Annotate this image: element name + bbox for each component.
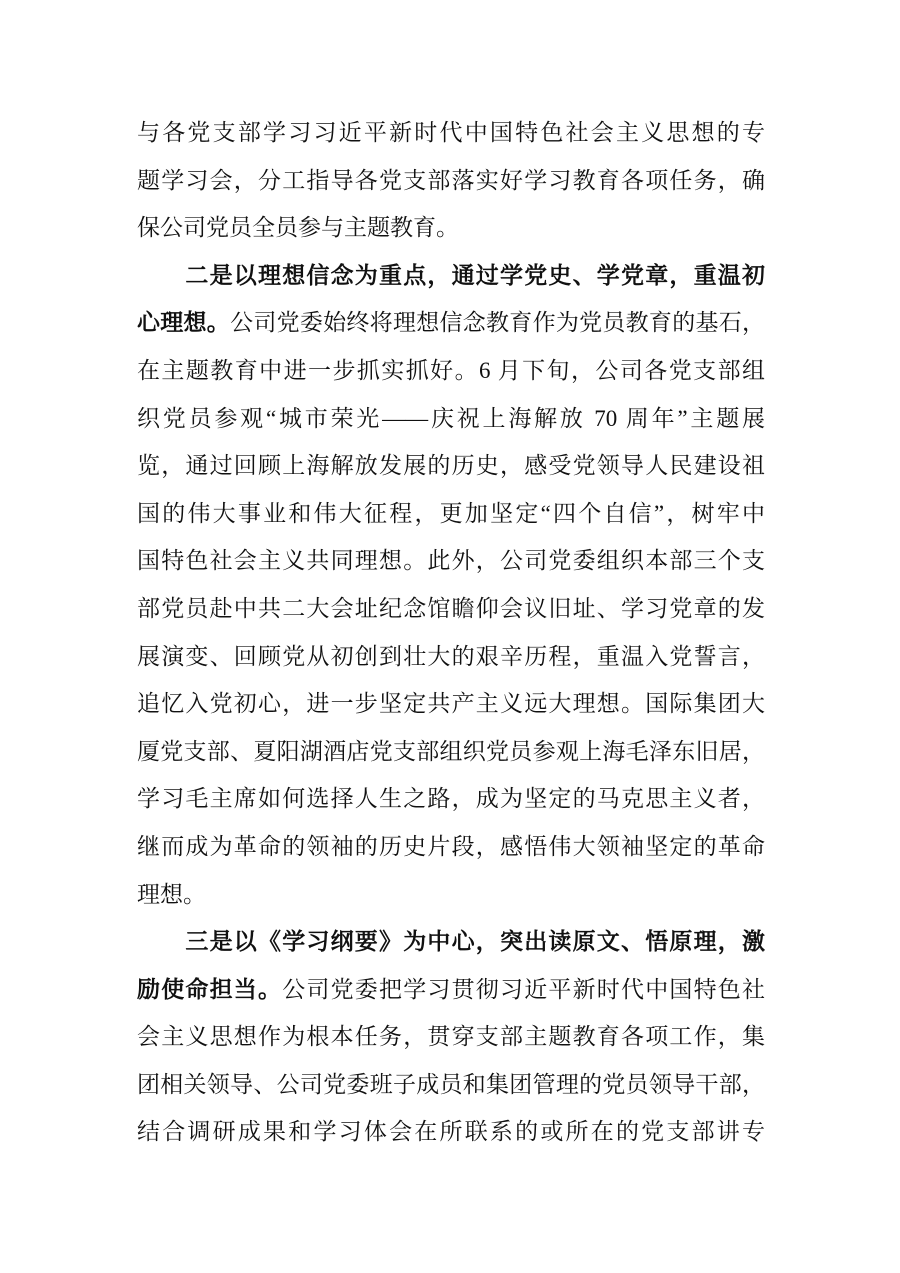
text-line-1: 与各党支部学习习近平新时代中国特色社会主义思想的专 [137, 109, 765, 157]
text-line-12: 展演变、回顾党从初创到壮大的艰辛历程，重温入党誓言， [137, 633, 765, 681]
line-bold-text: 三是以《学习纲要》为中心，突出读原文、悟原理，激 [137, 929, 765, 954]
text-line-2: 题学习会，分工指导各党支部落实好学习教育各项任务，确 [137, 157, 765, 205]
text-line-6: 在主题教育中进一步抓实抓好。6 月下旬，公司各党支部组 [137, 347, 765, 395]
line-regular-text: 结合调研成果和学习体会在所联系的或所在的党支部讲专 [137, 1119, 765, 1144]
text-line-18: 三是以《学习纲要》为中心，突出读原文、悟原理，激 [137, 918, 765, 966]
line-regular-text: 保公司党员全员参与主题教育。 [137, 215, 459, 240]
line-regular-text: 会主义思想作为根本任务，贯穿支部主题教育各项工作，集 [137, 1024, 765, 1049]
text-line-14: 厦党支部、夏阳湖酒店党支部组织党员参观上海毛泽东旧居， [137, 728, 765, 776]
text-line-10: 国特色社会主义共同理想。此外，公司党委组织本部三个支 [137, 537, 765, 585]
text-line-22: 结合调研成果和学习体会在所联系的或所在的党支部讲专 [137, 1108, 765, 1156]
text-line-5: 心理想。公司党委始终将理想信念教育作为党员教育的基石， [137, 299, 765, 347]
line-regular-text: 继而成为革命的领袖的历史片段，感悟伟大领袖坚定的革命 [137, 834, 765, 859]
line-regular-text: 团相关领导、公司党委班子成员和集团管理的党员领导干部， [137, 1072, 765, 1097]
line-regular-text: 公司党委把学习贯彻习近平新时代中国特色社 [282, 977, 765, 1002]
line-bold-text: 励使命担当。 [137, 977, 282, 1002]
text-line-20: 会主义思想作为根本任务，贯穿支部主题教育各项工作，集 [137, 1013, 765, 1061]
document-text-block: 与各党支部学习习近平新时代中国特色社会主义思想的专 题学习会，分工指导各党支部落… [137, 109, 765, 1156]
line-bold-text: 二是以理想信念为重点，通过学党史、学党章，重温初 [137, 263, 765, 288]
text-line-8: 览，通过回顾上海解放发展的历史，感受党领导人民建设祖 [137, 442, 765, 490]
text-line-17: 理想。 [137, 871, 765, 919]
document-page: 与各党支部学习习近平新时代中国特色社会主义思想的专 题学习会，分工指导各党支部落… [0, 0, 900, 1273]
line-regular-text: 在主题教育中进一步抓实抓好。6 月下旬，公司各党支部组 [137, 358, 765, 383]
text-line-13: 追忆入党初心，进一步坚定共产主义远大理想。国际集团大 [137, 680, 765, 728]
line-regular-text: 与各党支部学习习近平新时代中国特色社会主义思想的专 [137, 120, 765, 145]
line-bold-text: 心理想。 [137, 310, 230, 335]
text-line-9: 国的伟大事业和伟大征程，更加坚定“四个自信”，树牢中 [137, 490, 765, 538]
line-regular-text: 题学习会，分工指导各党支部落实好学习教育各项任务，确 [137, 168, 765, 193]
line-regular-text: 追忆入党初心，进一步坚定共产主义远大理想。国际集团大 [137, 691, 765, 716]
line-regular-text: 理想。 [137, 882, 206, 907]
line-regular-text: 国特色社会主义共同理想。此外，公司党委组织本部三个支 [137, 548, 765, 573]
line-regular-text: 国的伟大事业和伟大征程，更加坚定“四个自信”，树牢中 [137, 501, 765, 526]
text-line-16: 继而成为革命的领袖的历史片段，感悟伟大领袖坚定的革命 [137, 823, 765, 871]
text-line-15: 学习毛主席如何选择人生之路，成为坚定的马克思主义者， [137, 775, 765, 823]
line-regular-text: 织党员参观“城市荣光——庆祝上海解放 70 周年”主题展 [137, 406, 765, 431]
line-regular-text: 展演变、回顾党从初创到壮大的艰辛历程，重温入党誓言， [137, 644, 765, 669]
text-line-19: 励使命担当。公司党委把学习贯彻习近平新时代中国特色社 [137, 966, 765, 1014]
text-line-3: 保公司党员全员参与主题教育。 [137, 204, 765, 252]
text-line-7: 织党员参观“城市荣光——庆祝上海解放 70 周年”主题展 [137, 395, 765, 443]
text-line-21: 团相关领导、公司党委班子成员和集团管理的党员领导干部， [137, 1061, 765, 1109]
line-regular-text: 学习毛主席如何选择人生之路，成为坚定的马克思主义者， [137, 786, 765, 811]
text-line-11: 部党员赴中共二大会址纪念馆瞻仰会议旧址、学习党章的发 [137, 585, 765, 633]
line-regular-text: 公司党委始终将理想信念教育作为党员教育的基石， [230, 310, 765, 335]
line-regular-text: 厦党支部、夏阳湖酒店党支部组织党员参观上海毛泽东旧居， [137, 739, 765, 764]
line-regular-text: 览，通过回顾上海解放发展的历史，感受党领导人民建设祖 [137, 453, 765, 478]
line-regular-text: 部党员赴中共二大会址纪念馆瞻仰会议旧址、学习党章的发 [137, 596, 765, 621]
text-line-4: 二是以理想信念为重点，通过学党史、学党章，重温初 [137, 252, 765, 300]
